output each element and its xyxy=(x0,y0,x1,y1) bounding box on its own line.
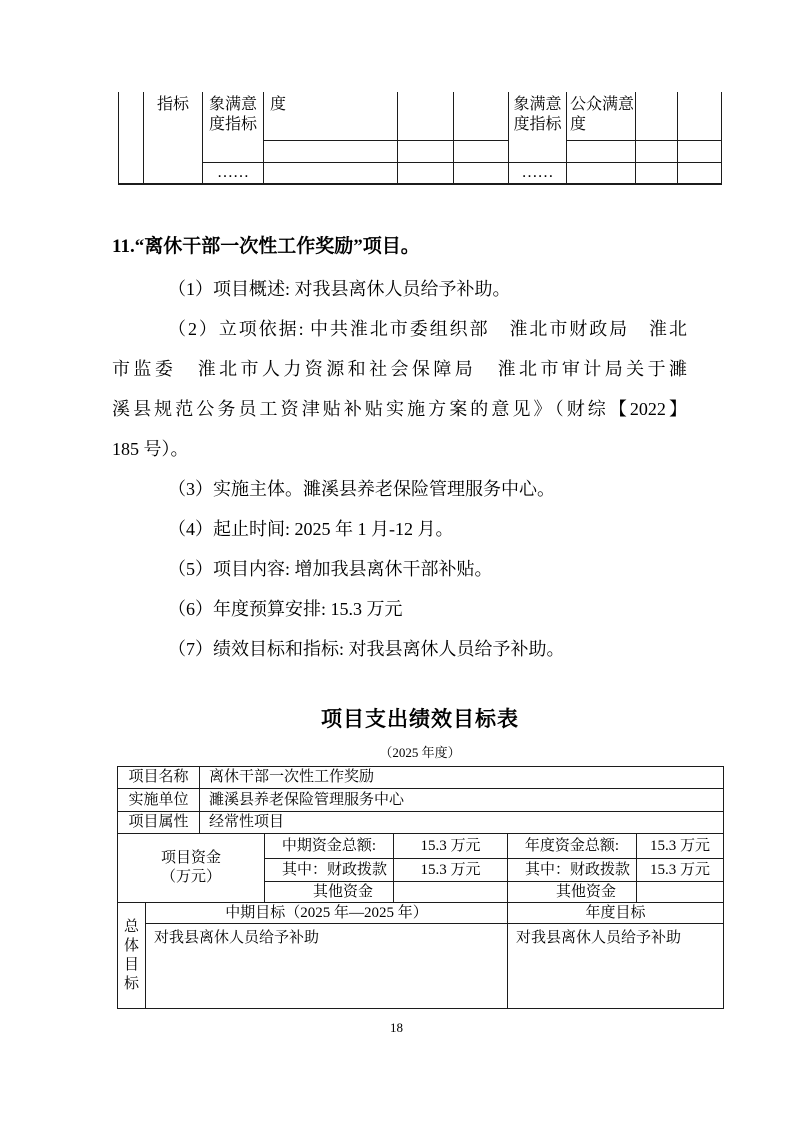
paragraph-line: （4）起止时间: 2025 年 1 月-12 月。 xyxy=(112,509,687,549)
mid-fiscal-label: 其中：财政拨款 xyxy=(265,859,394,882)
paragraph-line: （2）立项依据: 中共淮北市委组织部 淮北市财政局 淮北 xyxy=(112,309,687,349)
project-name-value: 离休干部一次性工作奖励 xyxy=(200,767,724,789)
paragraph-line: （1）项目概述: 对我县离休人员给予补助。 xyxy=(112,269,687,309)
paragraph-line: （6）年度预算安排: 15.3 万元 xyxy=(112,589,687,629)
annual-total-label: 年度资金总额: xyxy=(508,834,637,859)
empty-cell xyxy=(398,92,454,140)
indicator-label-cell: 指标 xyxy=(144,92,203,184)
right-ellipsis-cell: …… xyxy=(509,162,567,184)
empty-cell xyxy=(454,162,509,184)
paragraph-line: （3）实施主体。濉溪县养老保险管理服务中心。 xyxy=(112,469,687,509)
empty-cell xyxy=(636,92,678,140)
goal-table-subtitle: （2025 年度） xyxy=(117,742,723,761)
empty-cell xyxy=(454,92,509,140)
empty-cell xyxy=(264,162,398,184)
empty-cell xyxy=(398,162,454,184)
annual-other-label: 其他资金 xyxy=(508,882,637,903)
annual-goal-cell: 对我县离休人员给予补助 xyxy=(508,924,724,1009)
right-sub-header-cell: 公众满意度 xyxy=(567,92,636,140)
document-page: 指标 象满意度指标 度 象满意度指标 公众满意度 …… …… xyxy=(0,0,793,1122)
page-number: 18 xyxy=(0,1020,793,1036)
paragraph-line: 185 号）。 xyxy=(112,429,687,469)
empty-cell xyxy=(678,140,722,162)
project-name-label: 项目名称 xyxy=(118,767,200,789)
funds-label-line1: 项目资金 xyxy=(161,850,221,866)
unit-label: 实施单位 xyxy=(118,789,200,812)
paragraph-line: 市监委 淮北市人力资源和社会保障局 淮北市审计局关于濉 xyxy=(112,349,687,389)
mid-fiscal-value: 15.3 万元 xyxy=(394,859,508,882)
body-text: 11.“离休干部一次性工作奖励”项目。 （1）项目概述: 对我县离休人员给予补助… xyxy=(112,225,687,669)
mid-other-value xyxy=(394,882,508,903)
annual-goal-header: 年度目标 xyxy=(508,903,724,924)
mid-other-label: 其他资金 xyxy=(265,882,394,903)
paragraph-line: 溪县规范公务员工资津贴补贴实施方案的意见》（财综【2022】 xyxy=(112,389,687,429)
empty-cell xyxy=(567,140,636,162)
left-ellipsis-cell: …… xyxy=(203,162,264,184)
annual-fiscal-value: 15.3 万元 xyxy=(637,859,724,882)
mid-total-value: 15.3 万元 xyxy=(394,834,508,859)
empty-cell xyxy=(119,92,144,184)
annual-fiscal-label: 其中：财政拨款 xyxy=(508,859,637,882)
funds-label: 项目资金 （万元） xyxy=(118,834,265,903)
empty-cell xyxy=(636,140,678,162)
left-group-header-cell: 象满意度指标 xyxy=(203,92,264,162)
goal-table: 项目名称 离休干部一次性工作奖励 实施单位 濉溪县养老保险管理服务中心 项目属性… xyxy=(117,766,724,1009)
left-sub-header-cell: 度 xyxy=(264,92,398,140)
mid-goal-header: 中期目标（2025 年—2025 年） xyxy=(146,903,508,924)
empty-cell xyxy=(454,140,509,162)
empty-cell xyxy=(398,140,454,162)
attribute-value: 经常性项目 xyxy=(200,812,724,834)
annual-total-value: 15.3 万元 xyxy=(637,834,724,859)
attribute-label: 项目属性 xyxy=(118,812,200,834)
unit-value: 濉溪县养老保险管理服务中心 xyxy=(200,789,724,812)
indicator-table-fragment: 指标 象满意度指标 度 象满意度指标 公众满意度 …… …… xyxy=(118,92,722,185)
paragraph-line: （5）项目内容: 增加我县离休干部补贴。 xyxy=(112,549,687,589)
empty-cell xyxy=(636,162,678,184)
empty-cell xyxy=(678,92,722,140)
mid-goal-cell: 对我县离休人员给予补助 xyxy=(146,924,508,1009)
funds-label-line2: （万元） xyxy=(161,869,221,885)
empty-cell xyxy=(567,162,636,184)
mid-total-label: 中期资金总额: xyxy=(265,834,394,859)
paragraph-line: （7）绩效目标和指标: 对我县离休人员给予补助。 xyxy=(112,629,687,669)
right-group-header-cell: 象满意度指标 xyxy=(509,92,567,162)
empty-cell xyxy=(264,140,398,162)
annual-other-value xyxy=(637,882,724,903)
empty-cell xyxy=(678,162,722,184)
overall-goal-label: 总体目标 xyxy=(118,903,146,1009)
section-heading: 11.“离休干部一次性工作奖励”项目。 xyxy=(112,225,687,269)
goal-table-title: 项目支出绩效目标表 xyxy=(117,703,723,733)
